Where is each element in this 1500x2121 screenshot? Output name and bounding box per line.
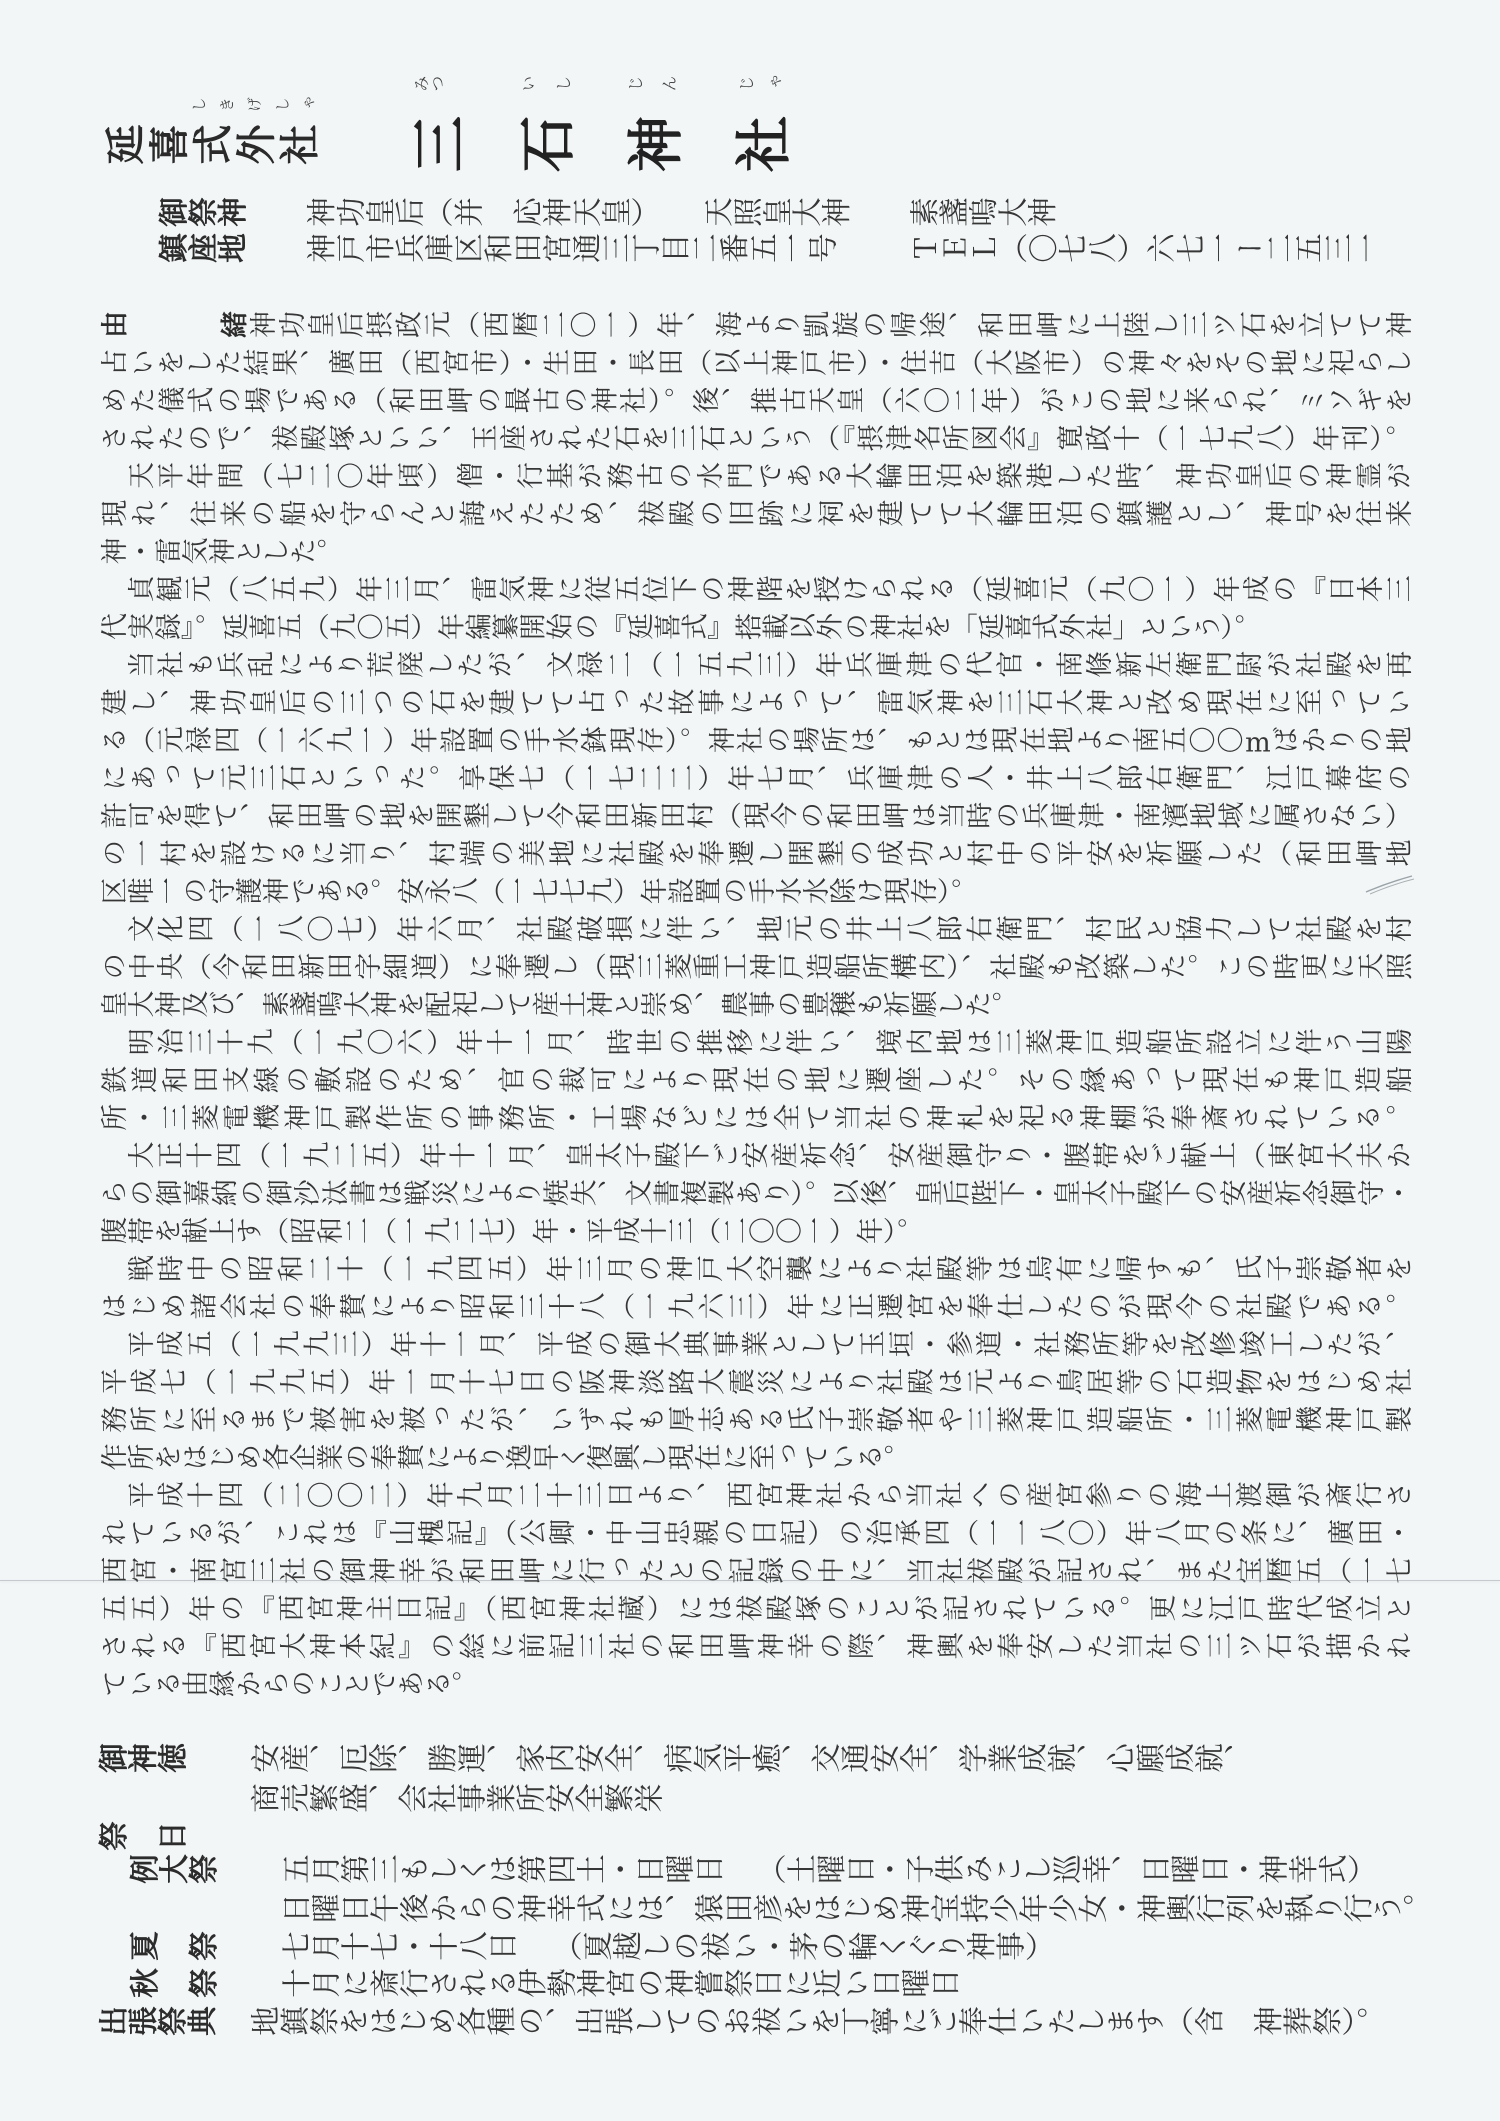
history-line: 西宮・南宮三社の御神幸が和田岬に行ったとの記録の中に、当社祓殿が記され、また宝暦… [100, 1555, 1412, 1593]
telephone: ＴＥＬ（〇七八）六七一ー二五三一 [910, 230, 1382, 270]
history-line: 神・雷気神とした。 [100, 536, 1412, 574]
pen-mark [1362, 872, 1416, 898]
title-ruby-3: じん [627, 75, 677, 95]
history-label: 由 緒 [100, 309, 247, 347]
paper-fold-line [0, 1580, 1500, 1581]
history-line: の中央（今和田新田字細道）に奉遷し（現三菱重工神戸造船所構内）、社殿も改築した。… [100, 951, 1412, 989]
deity-2: 天照皇大神 [703, 194, 851, 234]
annual-festival-schedule: 五月第三もしくは第四土・日曜日 [281, 1851, 724, 1891]
history-line: らの御嘉納の御沙汰書は戦災により焼失、文書複製あり）。以後、皇后陛下・皇太子殿下… [100, 1177, 1412, 1215]
history-line: 所・三菱電機神戸製作所の事務所・工場などには全て当社の神札を祀る神棚が奉斎されて… [100, 1102, 1412, 1140]
autumn-festival-schedule: 十月に斎行される伊勢神宮の神嘗祭日に近い日曜日 [281, 1965, 960, 2005]
history-line: 大正十四（一九二五）年十一月、皇太子殿下ご安産祈念、安産御守り・腹帯をご献上（東… [100, 1140, 1412, 1178]
history-line: 務所に至るまで被害を被ったが、いずれも厚志ある氏子崇敬者や三菱神戸造船所・三菱電… [100, 1404, 1412, 1442]
shrine-name-title: 三石神社 [410, 118, 842, 178]
history-line: る（元禄四（一六九一）年設置の手水鉢現存）。神社の場所は、もとは現在地より南五〇… [100, 724, 1412, 762]
history-line: 当社も兵乱により荒廃したが、文禄二（一五九三）年兵庫津の代官・南條新左衛門尉が社… [100, 649, 1412, 687]
vertical-text-sheet: しきげしゃ 延喜式外社 みつ いし じん じゃ 三石神社 御祭神 神功皇后（并 … [0, 0, 1500, 2121]
history-line: はじめ諸会社の奉賛により昭和三十八（一九六三）年に正遷宮を奉仕したのが現今の社殿… [100, 1291, 1412, 1329]
outreach-label: 出張祭典 [98, 2003, 216, 2043]
title-ruby-4: じゃ [738, 75, 784, 95]
history-line: 占いをした結果、廣田（西宮市）・生田・長田（以上神戸市）・住吉（大阪市）の神々を… [100, 347, 1412, 385]
history-line: 皇大神及び、素盞嗚大神を配祀して産土神と崇め、農事の豊穣も祈願した。 [100, 989, 1412, 1027]
annual-festival-detail: 日曜日午後からの神幸式には、猿田彦をはじめ神宝持少年少女・神輿行列を執り行う。 [281, 1890, 1432, 1930]
history-line: 戦時中の昭和二十（一九四五）年三月の神戸大空襲により社殿等は烏有に帰すも、氏子崇… [100, 1253, 1412, 1291]
history-line: 文化四（一八〇七）年六月、社殿破損に伴い、地元の井上八郎右衛門、村民と協力して社… [100, 913, 1412, 951]
annual-festival-note: （土曜日・子供みこし巡幸、日曜日・神幸式） [757, 1851, 1377, 1891]
history-line: 天平年間（七二〇年頃）僧・行基が務古の水門である大輪田泊を築港した時、神功皇后の… [100, 460, 1412, 498]
history-line: 区唯一の守護神である。安永八（一七七九）年設置の手水水除け現存）。 [100, 875, 1412, 913]
title-prefix-ruby: しきげしゃ [191, 96, 317, 114]
document-page: しきげしゃ 延喜式外社 みつ いし じん じゃ 三石神社 御祭神 神功皇后（并 … [0, 0, 1500, 2121]
outreach-text: 地鎮祭をはじめ各種の、出張してのお祓いを丁寧にご奉仕いたします（含 神葬祭）。 [250, 2003, 1386, 2043]
deities-label: 御祭神 [158, 194, 247, 234]
history-line: 作所をはじめ各企業の奉賛により逸早く復興し現在に至っている。 [100, 1442, 1412, 1480]
history-line: 代実録』。延喜五（九〇五）年編纂開始の『延喜式』搭載以外の神社を「延喜式外社」と… [100, 611, 1412, 649]
summer-festival-note: （夏越しの祓い・茅の輪くぐり神事） [553, 1928, 1055, 1968]
deity-3: 素盞嗚大神 [909, 194, 1057, 234]
history-line: 許可を得て、和田岬の地を開墾して今和田新田村（現今の和田岬は当時の兵庫津・南濱地… [100, 800, 1412, 838]
annual-festival-label: 例大祭 [129, 1851, 218, 1891]
history-line: 腹帯を献上す（昭和二（一九二七）年・平成十三（二〇〇一）年）。 [100, 1215, 1412, 1253]
history-line: めた儀式の場である（和田岬の最古の神社）。後、推古天皇（六〇二年）がこの地に来ら… [100, 385, 1412, 423]
history-line: 由 緒神功皇后摂政元（西暦二〇一）年、海より凱旋の帰途、和田岬に上陸し三ツ石を立… [100, 309, 1412, 347]
title-ruby-1: みつ [413, 75, 445, 95]
history-line: される『西宮大神本紀』の絵に前記三社の和田岬神幸の際、神輿を奉安した当社の三ツ石… [100, 1630, 1412, 1668]
autumn-festival-label: 秋 祭 [129, 1965, 218, 2005]
virtues-line-1: 安産、厄除、勝運、家内安全、病気平癒、交通安全、学業成就、心願成就、 [250, 1740, 1253, 1780]
title-ruby-2: いし [520, 75, 571, 95]
summer-festival-label: 夏 祭 [129, 1928, 218, 1968]
history-line: 建し、神功皇后の三つの石を建てて占った故事によって、雷気神を三石大神と改め現在に… [100, 687, 1412, 725]
history-line: 鉄道和田支線の敷設のため、官の裁可により現在の地に遷座した。その縁あって現在も神… [100, 1064, 1412, 1102]
title-prefix: 延喜式外社 [104, 126, 322, 170]
deity-1: 神功皇后（并 応神天皇） [306, 194, 660, 234]
history-line: 明治三十九（一九〇六）年十一月、時世の推移に伴い、境内地は三菱神戸造船所設立に伴… [100, 1026, 1412, 1064]
history-line: 平成七（一九九五）年一月十七日の阪神淡路大震災により社殿は元より鳥居等の石造物を… [100, 1366, 1412, 1404]
history-line: 現れ、往来の船を守らんと誨えたため、祓殿の旧跡に祠を建てて大輪田泊の鎮護とし、神… [100, 498, 1412, 536]
summer-festival-schedule: 七月十七・十八日 [281, 1928, 517, 1968]
history-line: の一村を設けるに当り、村端の美地に社殿を奉遷し開墾の成功と村中の平安を祈願した（… [100, 838, 1412, 876]
location-label: 鎮座地 [158, 230, 247, 270]
virtues-line-2: 商売繁盛、会社事業所安全繁栄 [250, 1780, 663, 1820]
history-line: 平成五（一九九三）年十一月、平成の御大典事業として玉垣・参道・社務所等を改修竣工… [100, 1328, 1412, 1366]
history-line: ている由縁からのことである。 [100, 1668, 1412, 1706]
history-line: れているが、これは『山槐記』（公卿・中山忠親の日記）の治承四（一一八〇）年八月の… [100, 1517, 1412, 1555]
history-line-text: 神功皇后摂政元（西暦二〇一）年、海より凱旋の帰途、和田岬に上陸し三ツ石を立てて神 [247, 312, 1412, 343]
history-line: されたので、祓殿塚といい、玉座された石を三石という（『摂津名所図会』寛政十（一七… [100, 422, 1412, 460]
history-line: 平成十四（二〇〇二）年九月二十三日より、西宮神社から当社への産宮参りの海上渡御が… [100, 1479, 1412, 1517]
history-line: 貞観元（八五九）年三月、雷気神に従五位下の神階を授けられる（延喜元（九〇一）年成… [100, 573, 1412, 611]
virtues-label: 御神徳 [98, 1740, 187, 1780]
address: 神戸市兵庫区和田宮通三丁目二番五一号 [306, 230, 837, 270]
history-line: にあって元三石といった。享保七（一七二二）年七月、兵庫津の人・井上八郎右衛門、江… [100, 762, 1412, 800]
history-section: 由 緒神功皇后摂政元（西暦二〇一）年、海より凱旋の帰途、和田岬に上陸し三ツ石を立… [100, 309, 1412, 1706]
history-line: 五五）年の『西宮神主日記』（西宮神社蔵）には祓殿塚のことが記されている。更に江戸… [100, 1593, 1412, 1631]
